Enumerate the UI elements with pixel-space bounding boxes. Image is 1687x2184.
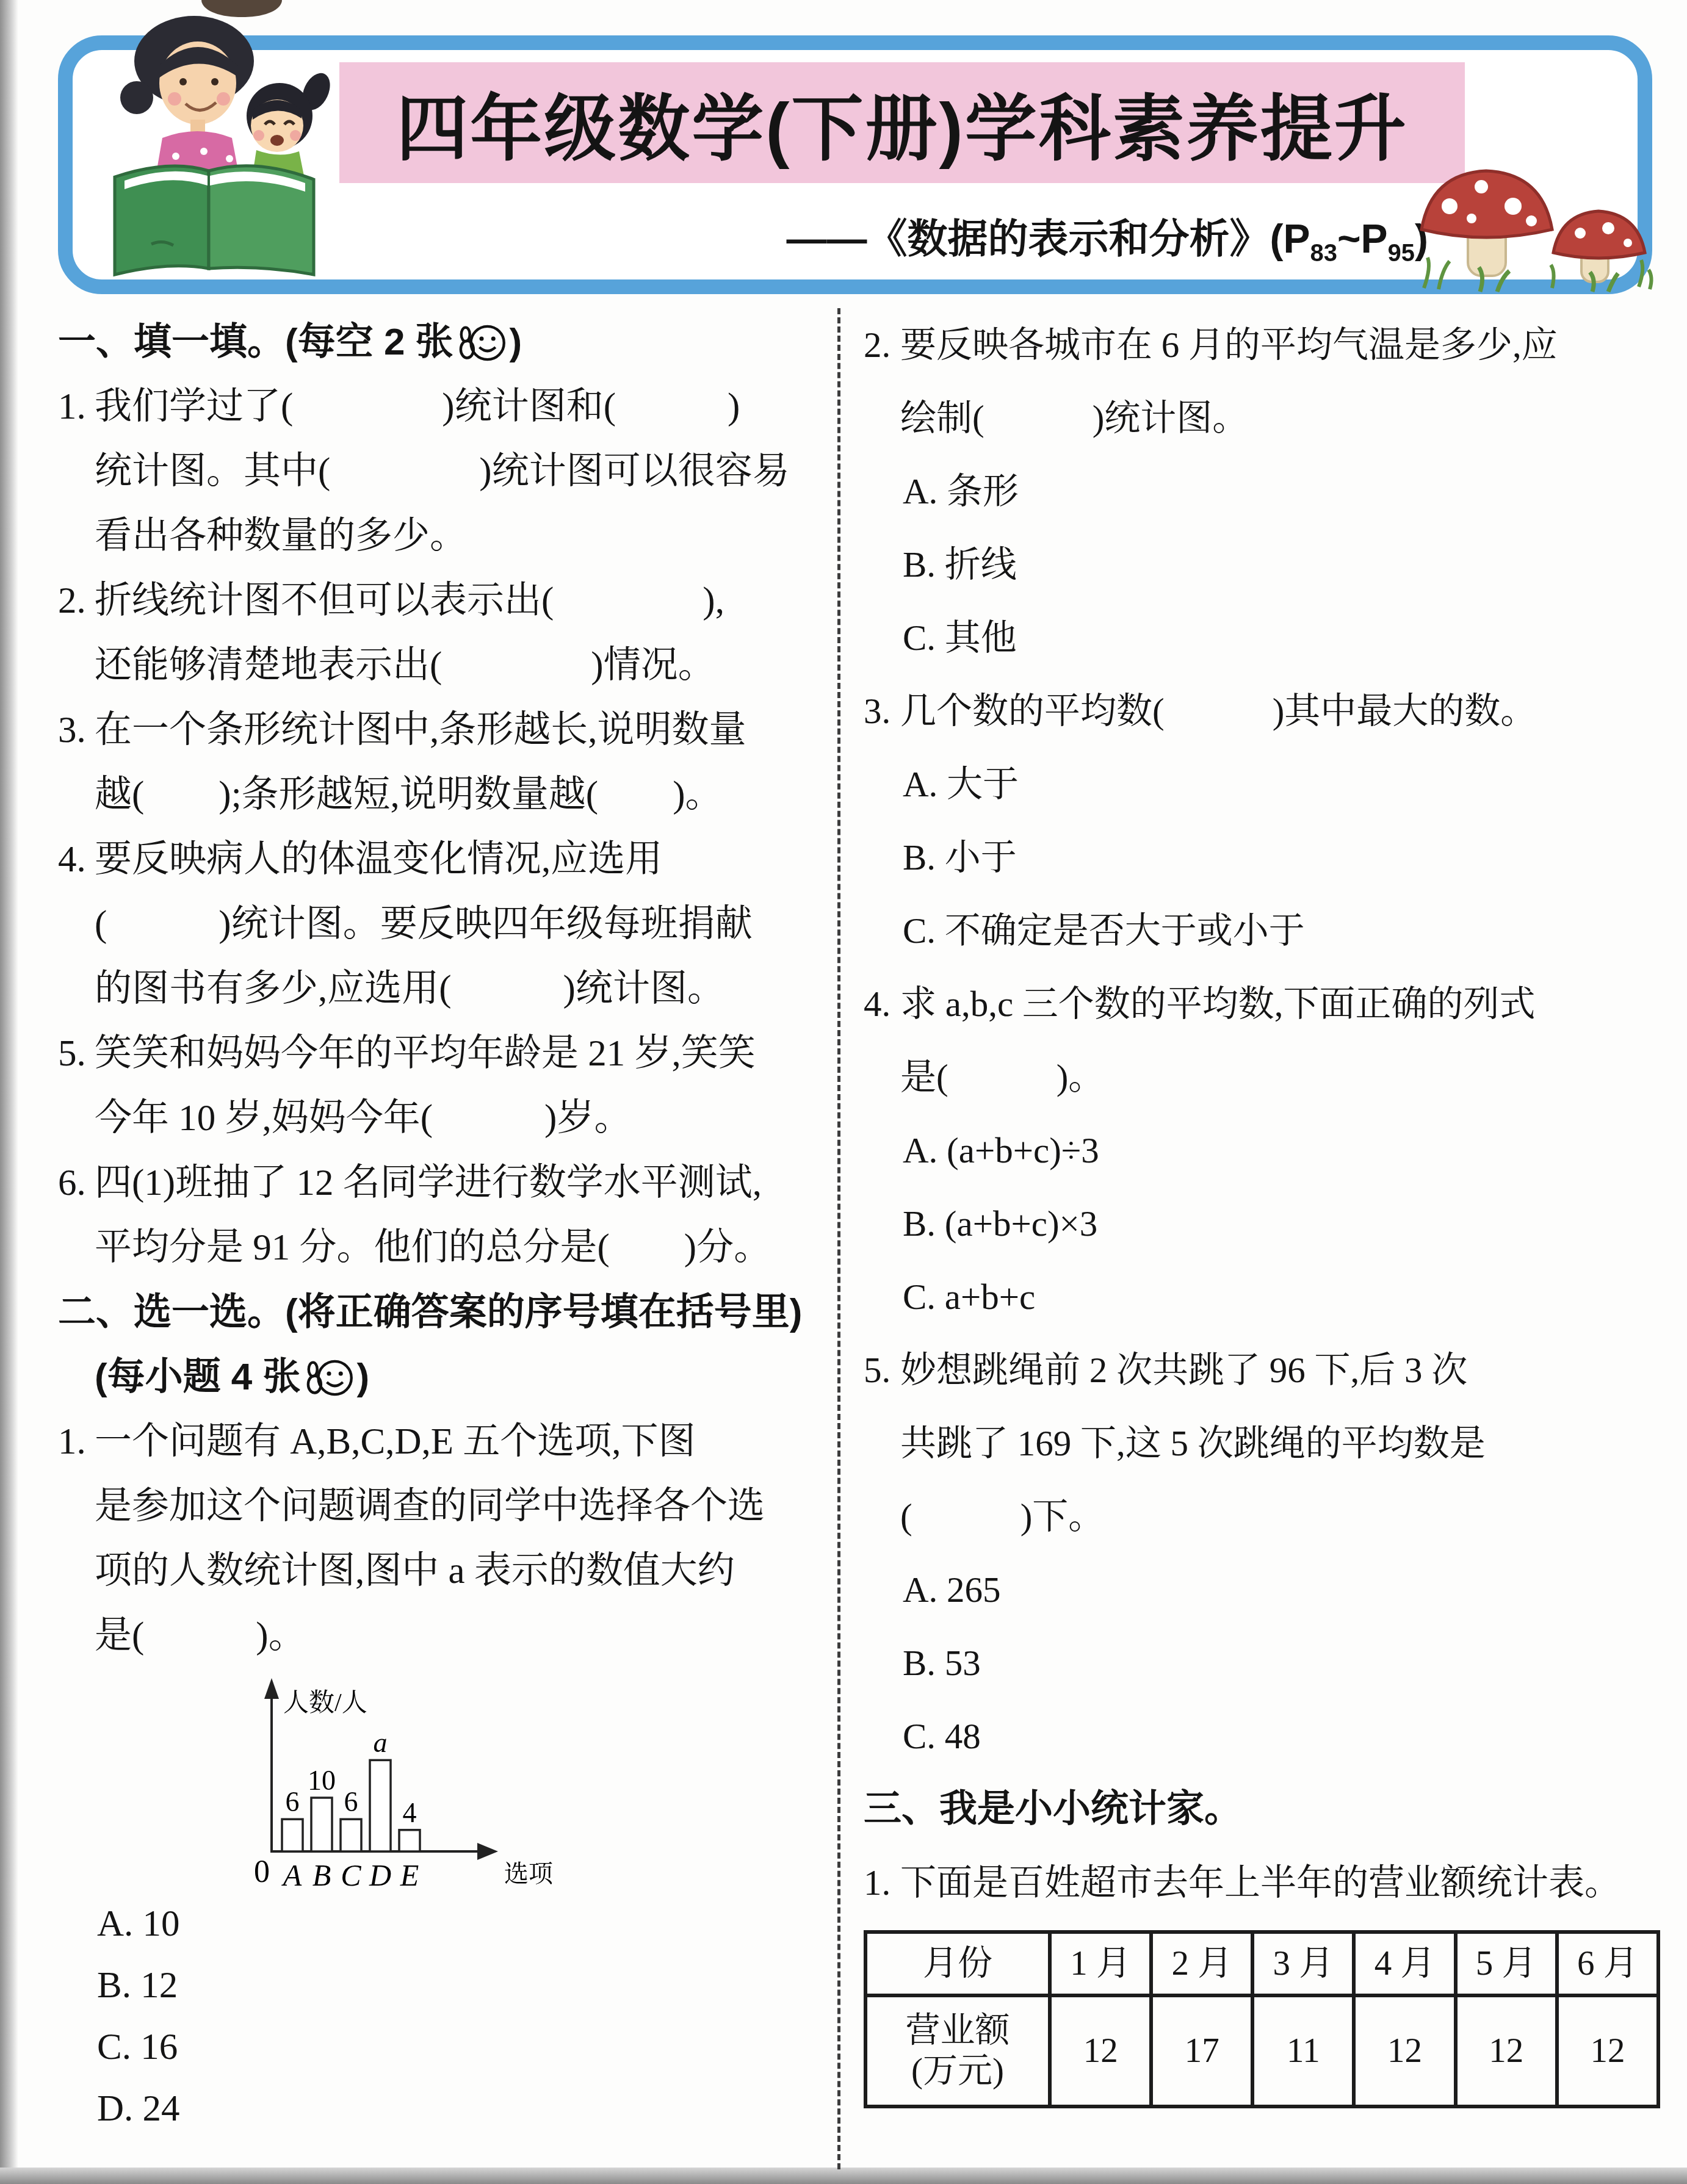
option: A. 10 <box>58 1893 822 1955</box>
x-tick-label: B <box>312 1858 331 1892</box>
option: D. 24 <box>58 2078 822 2139</box>
option: C. 16 <box>58 2016 822 2078</box>
question-line: 统计图。其中( )统计图可以很容易 <box>95 451 790 492</box>
x-tick-label: A <box>281 1858 302 1892</box>
bar-value-label: 6 <box>344 1786 358 1817</box>
y-axis-arrow-icon <box>264 1678 279 1699</box>
column-divider <box>837 308 840 2169</box>
question-line: 是( )。 <box>900 1057 1104 1097</box>
smiley-sticker-icon <box>302 1357 356 1399</box>
left-column: 一、填一填。(每空 2 张) 1.我们学过了( )统计图和( )统计图。其中( … <box>58 310 822 2139</box>
section-3-heading: 三、我是小小统计家。 <box>864 1773 1660 1846</box>
table-row: 月份 1 月 2 月 3 月 4 月 5 月 6 月 <box>865 1932 1658 1995</box>
question-line: 越( );条形越短,说明数量越( )。 <box>95 774 722 815</box>
origin-label: 0 <box>254 1854 270 1889</box>
choice-question-3: 3.几个数的平均数( )其中最大的数。 <box>864 674 1660 748</box>
question-number: 3. <box>864 674 900 748</box>
x-tick-label: C <box>341 1858 361 1892</box>
table-cell: 3 月 <box>1252 1932 1354 1995</box>
table-cell: 12 <box>1050 1995 1151 2107</box>
question-line: 看出各种数量的多少。 <box>95 516 467 557</box>
option: A. (a+b+c)÷3 <box>864 1114 1660 1187</box>
question-line: 妙想跳绳前 2 次共跳了 96 下,后 3 次 <box>900 1350 1467 1390</box>
question-number: 1. <box>864 1846 900 1919</box>
question-line: 是( )。 <box>95 1615 306 1656</box>
question-line: 是参加这个问题调查的同学中选择各个选 <box>95 1486 765 1527</box>
option: B. 12 <box>58 1955 822 2016</box>
fill-question-6: 6.四(1)班抽了 12 名同学进行数学水平测试,平均分是 91 分。他们的总分… <box>58 1151 822 1280</box>
question-line: 要反映病人的体温变化情况,应选用 <box>95 839 662 880</box>
table-cell: 12 <box>1557 1995 1658 2107</box>
question-line: ( )统计图。要反映四年级每班捐献 <box>95 904 753 945</box>
fill-question-5: 5.笑笑和妈妈今年的平均年龄是 21 岁,笑笑今年 10 岁,妈妈今年( )岁。 <box>58 1022 822 1151</box>
fill-question-1: 1.我们学过了( )统计图和( )统计图。其中( )统计图可以很容易看出各种数量… <box>58 375 822 569</box>
section-2-heading: 二、选一选。(将正确答案的序号填在括号里)(每小题 4 张) <box>58 1280 822 1410</box>
question-line: 的图书有多少,应选用( )统计图。 <box>95 968 724 1009</box>
question-number: 4. <box>58 827 95 892</box>
question-line: 求 a,b,c 三个数的平均数,下面正确的列式 <box>900 984 1536 1024</box>
question-number: 1. <box>58 1410 95 1474</box>
bar-value-label: a <box>374 1727 388 1758</box>
sales-table: 月份 1 月 2 月 3 月 4 月 5 月 6 月 营业额(万元) 12 17… <box>864 1930 1660 2108</box>
question-number: 2. <box>58 569 95 633</box>
option: C. 不确定是否大于或小于 <box>864 894 1660 967</box>
table-cell: 11 <box>1252 1995 1354 2107</box>
smiley-sticker-icon <box>455 322 508 364</box>
question-line: 笑笑和妈妈今年的平均年龄是 21 岁,笑笑 <box>95 1033 756 1074</box>
y-axis-label: 人数/人 <box>283 1689 367 1717</box>
bar-E <box>399 1830 420 1851</box>
table-header-months: 月份 <box>865 1932 1050 1995</box>
question-number: 4. <box>864 967 900 1040</box>
scan-edge-bottom <box>0 2168 1687 2184</box>
bar-C <box>341 1819 361 1851</box>
table-cell: 5 月 <box>1456 1932 1557 1995</box>
question-line: 四(1)班抽了 12 名同学进行数学水平测试, <box>95 1162 762 1203</box>
section-1-heading: 一、填一填。(每空 2 张) <box>58 310 822 375</box>
question-number: 1. <box>58 375 95 439</box>
fill-question-3: 3.在一个条形统计图中,条形越长,说明数量越( );条形越短,说明数量越( )。 <box>58 698 822 827</box>
question-line: 一个问题有 A,B,C,D,E 五个选项,下图 <box>95 1421 696 1462</box>
subtitle-text: ——《数据的表示和分析》(P <box>786 216 1310 261</box>
x-axis-arrow-icon <box>477 1843 498 1860</box>
option: B. 小于 <box>864 821 1660 894</box>
x-tick-label: D <box>369 1858 391 1892</box>
question-line: 几个数的平均数( )其中最大的数。 <box>900 691 1536 731</box>
choice-question-5: 5.妙想跳绳前 2 次共跳了 96 下,后 3 次共跳了 169 下,这 5 次… <box>864 1333 1660 1553</box>
bar-chart: 人数/人 0 选项 6 10 6 a 4 A B C D <box>238 1668 822 1893</box>
question-line: 共跳了 169 下,这 5 次跳绳的平均数是 <box>900 1423 1486 1463</box>
right-column: 2.要反映各城市在 6 月的平均气温是多少,应绘制( )统计图。 A. 条形 B… <box>864 308 1660 2108</box>
table-header-revenue: 营业额(万元) <box>865 1995 1050 2107</box>
bar-B <box>311 1798 332 1851</box>
bar-A <box>282 1819 303 1851</box>
table-cell: 1 月 <box>1050 1932 1151 1995</box>
table-cell: 17 <box>1151 1995 1252 2107</box>
question-number: 6. <box>58 1151 95 1216</box>
choice-1-options: A. 10 B. 12 C. 16 D. 24 <box>58 1893 822 2139</box>
question-line: 今年 10 岁,妈妈今年( )岁。 <box>95 1098 631 1139</box>
option: A. 条形 <box>864 455 1660 528</box>
table-cell: 2 月 <box>1151 1932 1252 1995</box>
question-line: 折线统计图不但可以表示出( ), <box>95 580 724 621</box>
table-cell: 12 <box>1354 1995 1455 2107</box>
question-number: 3. <box>58 698 95 763</box>
question-line: 在一个条形统计图中,条形越长,说明数量 <box>95 710 746 751</box>
scan-edge-left <box>0 0 18 2184</box>
choice-question-4: 4.求 a,b,c 三个数的平均数,下面正确的列式是( )。 <box>864 967 1660 1114</box>
question-line: 要反映各城市在 6 月的平均气温是多少,应 <box>900 325 1558 365</box>
option: C. a+b+c <box>864 1260 1660 1333</box>
option: B. 53 <box>864 1626 1660 1699</box>
x-axis-label: 选项 <box>504 1860 554 1887</box>
fill-question-2: 2.折线统计图不但可以表示出( ),还能够清楚地表示出( )情况。 <box>58 569 822 698</box>
table-cell: 4 月 <box>1354 1932 1455 1995</box>
bar-value-label: 4 <box>403 1797 417 1828</box>
mushrooms-icon <box>1407 150 1657 294</box>
question-line: 平均分是 91 分。他们的总分是( )分。 <box>95 1227 771 1268</box>
option: C. 其他 <box>864 601 1660 674</box>
question-number: 2. <box>864 308 900 381</box>
bar-value-label: 6 <box>286 1786 300 1817</box>
choice-question-2: 2.要反映各城市在 6 月的平均气温是多少,应绘制( )统计图。 <box>864 308 1660 455</box>
page-subtitle: ——《数据的表示和分析》(P83~P95) <box>702 206 1428 267</box>
table-cell: 6 月 <box>1557 1932 1658 1995</box>
bar-D <box>370 1760 391 1851</box>
title-band: 四年级数学(下册)学科素养提升 <box>339 62 1465 183</box>
question-line: 绘制( )统计图。 <box>900 398 1248 438</box>
page-title: 四年级数学(下册)学科素养提升 <box>396 71 1408 175</box>
choice-question-1: 1.一个问题有 A,B,C,D,E 五个选项,下图是参加这个问题调查的同学中选择… <box>58 1410 822 1668</box>
bar-value-label: 10 <box>308 1765 336 1796</box>
worksheet-page: { "colors": { "header_border": "#57a3da"… <box>0 0 1687 2184</box>
option: A. 265 <box>864 1553 1660 1626</box>
question-line: 我们学过了( )统计图和( ) <box>95 386 740 427</box>
question-number: 5. <box>58 1022 95 1086</box>
children-reading-icon <box>78 5 342 292</box>
subtitle-page-start: 83 <box>1310 240 1337 267</box>
question-number: 5. <box>864 1333 900 1407</box>
fill-question-4: 4.要反映病人的体温变化情况,应选用( )统计图。要反映四年级每班捐献的图书有多… <box>58 827 822 1022</box>
question-line: ( )下。 <box>900 1496 1104 1537</box>
option: B. (a+b+c)×3 <box>864 1187 1660 1260</box>
stats-question-1: 1.下面是百姓超市去年上半年的营业额统计表。 <box>864 1846 1660 1919</box>
table-row: 营业额(万元) 12 17 11 12 12 12 <box>865 1995 1658 2107</box>
table-cell: 12 <box>1456 1995 1557 2107</box>
option: C. 48 <box>864 1699 1660 1773</box>
x-tick-label: E <box>400 1858 419 1892</box>
question-line: 下面是百姓超市去年上半年的营业额统计表。 <box>900 1862 1620 1903</box>
question-line: 项的人数统计图,图中 a 表示的数值大约 <box>95 1551 735 1591</box>
question-line: 还能够清楚地表示出( )情况。 <box>95 645 715 686</box>
option: B. 折线 <box>864 528 1660 601</box>
option: A. 大于 <box>864 748 1660 821</box>
